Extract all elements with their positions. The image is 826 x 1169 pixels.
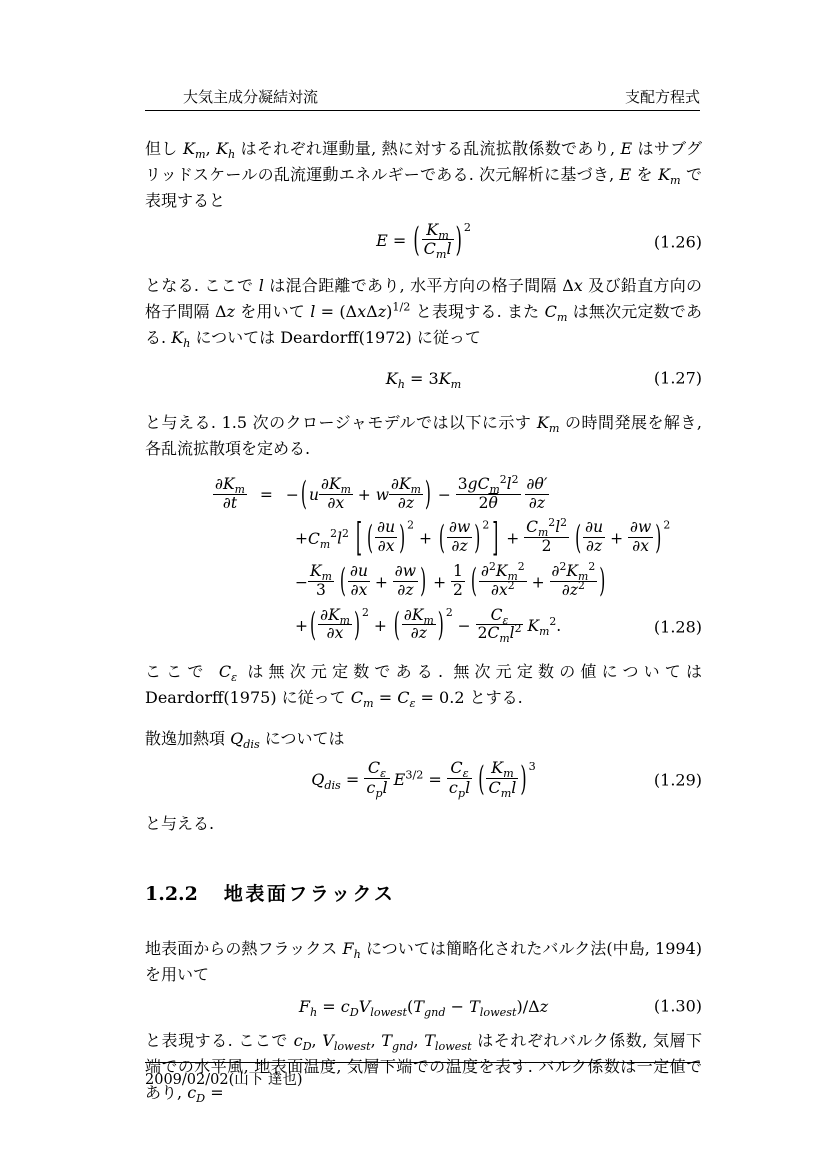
paragraph-turbulent-diffusion-intro: 但し Km, Kh はそれぞれ運動量, 熱に対する乱流拡散係数であり, E はサ… [145,136,702,214]
equals-sign: = [260,486,273,504]
document-page: 大気主成分凝結対流 支配方程式 但し Km, Kh はそれぞれ運動量, 熱に対す… [0,0,826,1169]
equation-1-28-rhs1: −(u∂Km∂x + w∂Km∂z) − 3gCm2l22θ∂θ′∂z [286,486,550,504]
paragraph-dissipation-heating: 散逸加熱項 Qdis については [145,726,702,752]
equation-1-29: Qdis = CεcplE3/2 = Cεcpl(KmCml)3 (1.29) [145,761,702,799]
page-header: 大気主成分凝結対流 支配方程式 [145,86,700,107]
equation-1-29-body: Qdis = CεcplE3/2 = Cεcpl(KmCml)3 [311,770,536,789]
footer-divider [145,1062,700,1063]
equation-1-30: Fh = cDVlowest(Tgnd − Tlowest)/Δz (1.30) [145,997,702,1016]
equation-1-28-line4: +(∂Km∂x)2 + (∂Km∂z)2 − Cε2Cml2Km2. (1.28… [295,609,702,646]
equation-1-27: Kh = 3Km (1.27) [145,369,702,388]
equation-1-28-number: (1.28) [654,617,702,636]
paragraph-dimensionless-constants: ここで Cε は無次元定数である. 無次元定数の値については Deardorff… [145,659,702,711]
footer-date-author: 2009/02/02(山下 達也) [145,1072,303,1088]
paragraph-bulk-coefficient: と表現する. ここで cD, Vlowest, Tgnd, Tlowest はそ… [145,1028,702,1106]
page-footer: 2009/02/02(山下 達也) [145,1068,303,1089]
paragraph-mixing-length: となる. ここで l は混合距離であり, 水平方向の格子間隔 Δx 及び鉛直方向… [145,273,702,351]
equation-1-27-body: Kh = 3Km [386,369,462,388]
paragraph-given-as: と与える. [145,811,702,837]
equation-1-28-line1: ∂Km∂t=−(u∂Km∂x + w∂Km∂z) − 3gCm2l22θ∂θ′∂… [213,478,702,515]
equation-1-28-rhs4: +(∂Km∂x)2 + (∂Km∂z)2 − Cε2Cml2Km2. [295,617,561,635]
equation-1-26-body: E = (KmCml)2 [376,231,471,250]
equation-1-28-line2: +Cm2l2[(∂u∂x)2 + (∂w∂z)2] + Cm2l22(∂u∂z … [295,521,702,558]
equation-1-26: E = (KmCml)2 (1.26) [145,223,702,261]
section-number: 1.2.2 [145,883,198,905]
equation-1-27-number: (1.27) [654,369,702,388]
equation-1-30-number: (1.30) [654,997,702,1016]
header-right-title: 支配方程式 [625,86,700,107]
header-divider [145,110,700,111]
paragraph-surface-heat-flux: 地表面からの熱フラックス Fh については簡略化されたバルク法(中島, 1994… [145,936,702,988]
equation-1-29-number: (1.29) [654,771,702,790]
page-content: 但し Km, Kh はそれぞれ運動量, 熱に対する乱流拡散係数であり, E はサ… [145,136,702,1115]
equation-1-30-body: Fh = cDVlowest(Tgnd − Tlowest)/Δz [299,997,548,1016]
equation-1-28-lhs: ∂Km∂t [213,486,247,504]
equation-1-28: ∂Km∂t=−(u∂Km∂x + w∂Km∂z) − 3gCm2l22θ∂θ′∂… [145,478,702,646]
section-heading-surface-flux: 1.2.2地表面フラックス [145,883,702,906]
header-left-title: 大気主成分凝結対流 [145,86,318,107]
paragraph-closure-model: と与える. 1.5 次のクロージャモデルでは以下に示す Km の時間発展を解き,… [145,410,702,462]
section-title: 地表面フラックス [224,883,395,905]
equation-1-26-number: (1.26) [654,232,702,251]
equation-1-28-line3: −Km3(∂u∂x + ∂w∂z) + 12(∂2Km2∂x2 + ∂2Km2∂… [295,565,702,602]
